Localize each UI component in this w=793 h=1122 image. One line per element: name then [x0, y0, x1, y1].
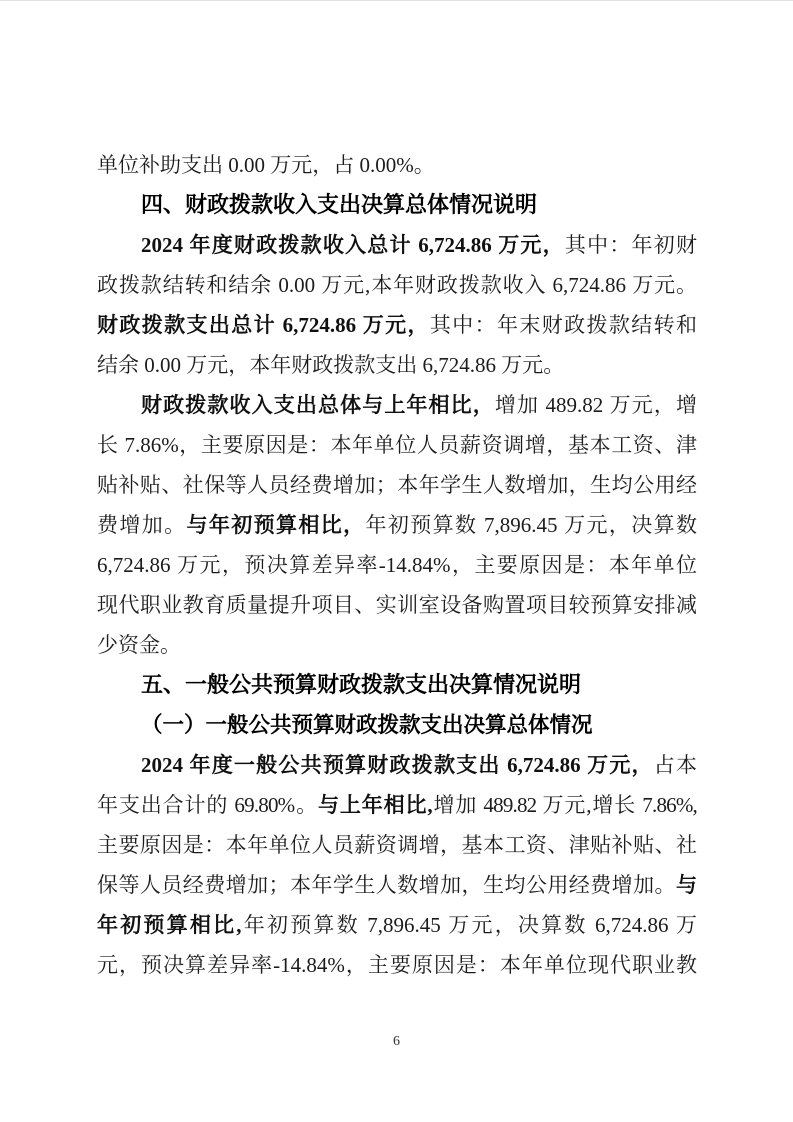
- text-segment: 保等人员经费增加；本年学生人数增加，生均公用经费增加。: [97, 873, 676, 897]
- text-line: 2024 年度一般公共预算财政拨款支出 6,724.86 万元，占本: [97, 745, 697, 785]
- text-line: 单位补助支出 0.00 万元，占 0.00%。: [97, 145, 697, 185]
- bold-segment: 2024 年度一般公共预算财政拨款支出 6,724.86 万元，: [141, 753, 654, 777]
- text-line: 保等人员经费增加；本年学生人数增加，生均公用经费增加。与: [97, 865, 697, 905]
- bold-segment: 与上年相比,: [318, 793, 432, 817]
- bold-segment: 财政拨款支出总计 6,724.86 万元，: [97, 313, 430, 337]
- text-segment: 其中：年初财: [565, 233, 697, 257]
- page-number-text: 6: [393, 1034, 400, 1049]
- text-line: 长 7.86%，主要原因是：本年单位人员薪资调增，基本工资、津: [97, 425, 697, 465]
- text-segment: 政拨款结转和结余 0.00 万元,本年财政拨款收入 6,724.86 万元。: [97, 273, 697, 297]
- bold-segment: 年初预算相比,: [97, 913, 242, 937]
- text-line: 主要原因是：本年单位人员薪资调增，基本工资、津贴补贴、社: [97, 825, 697, 865]
- text-line: 现代职业教育质量提升项目、实训室设备购置项目较预算安排减: [97, 585, 697, 625]
- page-number: 6: [0, 1034, 793, 1050]
- heading-text: 五、一般公共预算财政拨款支出决算情况说明: [141, 672, 581, 697]
- text-line: 贴补贴、社保等人员经费增加；本年学生人数增加，生均公用经: [97, 465, 697, 505]
- bold-segment: 2024 年度财政拨款收入总计 6,724.86 万元，: [141, 233, 565, 257]
- text-segment: 长 7.86%，主要原因是：本年单位人员薪资调增，基本工资、津: [97, 433, 697, 457]
- text-segment: 年初预算数 7,896.45 万元，决算数: [366, 513, 698, 537]
- text-line: 财政拨款收入支出总体与上年相比，增加 489.82 万元，增: [97, 385, 697, 425]
- subsection-heading-1: （一）一般公共预算财政拨款支出决算总体情况: [97, 705, 697, 745]
- bold-segment: 财政拨款收入支出总体与上年相比，: [141, 393, 495, 417]
- text-segment: 增加 489.82 万元，增: [495, 393, 697, 417]
- section-heading-5: 五、一般公共预算财政拨款支出决算情况说明: [97, 665, 697, 705]
- text-line: 2024 年度财政拨款收入总计 6,724.86 万元，其中：年初财: [97, 225, 697, 265]
- text-line: 财政拨款支出总计 6,724.86 万元，其中：年末财政拨款结转和: [97, 305, 697, 345]
- text-line: 年支出合计的 69.80%。与上年相比,增加 489.82 万元,增长 7.86…: [97, 785, 697, 825]
- text-segment: 主要原因是：本年单位人员薪资调增，基本工资、津贴补贴、社: [97, 833, 697, 857]
- text-segment: 6,724.86 万元，预决算差异率-14.84%，主要原因是：本年单位: [97, 553, 697, 577]
- heading-text: （一）一般公共预算财政拨款支出决算总体情况: [141, 713, 593, 737]
- text-line: 年初预算相比,年初预算数 7,896.45 万元，决算数 6,724.86 万: [97, 905, 697, 945]
- text-segment: 费增加。: [97, 513, 187, 537]
- text-segment: 少资金。: [97, 633, 181, 657]
- text-segment: 元，预决算差异率-14.84%，主要原因是：本年单位现代职业教: [97, 953, 697, 977]
- document-page: 单位补助支出 0.00 万元，占 0.00%。 四、财政拨款收入支出决算总体情况…: [0, 0, 793, 1122]
- text-segment: 占本: [654, 753, 697, 777]
- text-segment: 年支出合计的 69.80%。: [97, 793, 318, 817]
- text-segment: 贴补贴、社保等人员经费增加；本年学生人数增加，生均公用经: [97, 473, 697, 497]
- bold-segment: 与: [676, 873, 697, 897]
- text-line: 结余 0.00 万元，本年财政拨款支出 6,724.86 万元。: [97, 345, 697, 385]
- text-line: 政拨款结转和结余 0.00 万元,本年财政拨款收入 6,724.86 万元。: [97, 265, 697, 305]
- text-line: 费增加。与年初预算相比，年初预算数 7,896.45 万元，决算数: [97, 505, 697, 545]
- text-segment: 结余 0.00 万元，本年财政拨款支出 6,724.86 万元。: [97, 353, 564, 377]
- text-segment: 年初预算数 7,896.45 万元，决算数 6,724.86 万: [242, 913, 697, 937]
- text-line: 少资金。: [97, 625, 697, 665]
- text-segment: 增加 489.82 万元,增长 7.86%,: [432, 793, 697, 817]
- text-segment: 单位补助支出 0.00 万元，占 0.00%。: [97, 153, 435, 177]
- document-body: 单位补助支出 0.00 万元，占 0.00%。 四、财政拨款收入支出决算总体情况…: [97, 145, 697, 985]
- text-segment: 其中：年末财政拨款结转和: [430, 313, 697, 337]
- bold-segment: 与年初预算相比，: [187, 513, 366, 537]
- text-line: 6,724.86 万元，预决算差异率-14.84%，主要原因是：本年单位: [97, 545, 697, 585]
- text-line: 元，预决算差异率-14.84%，主要原因是：本年单位现代职业教: [97, 945, 697, 985]
- heading-text: 四、财政拨款收入支出决算总体情况说明: [141, 192, 537, 217]
- text-segment: 现代职业教育质量提升项目、实训室设备购置项目较预算安排减: [97, 593, 697, 617]
- section-heading-4: 四、财政拨款收入支出决算总体情况说明: [97, 185, 697, 225]
- page-top-edge: [0, 0, 793, 1]
